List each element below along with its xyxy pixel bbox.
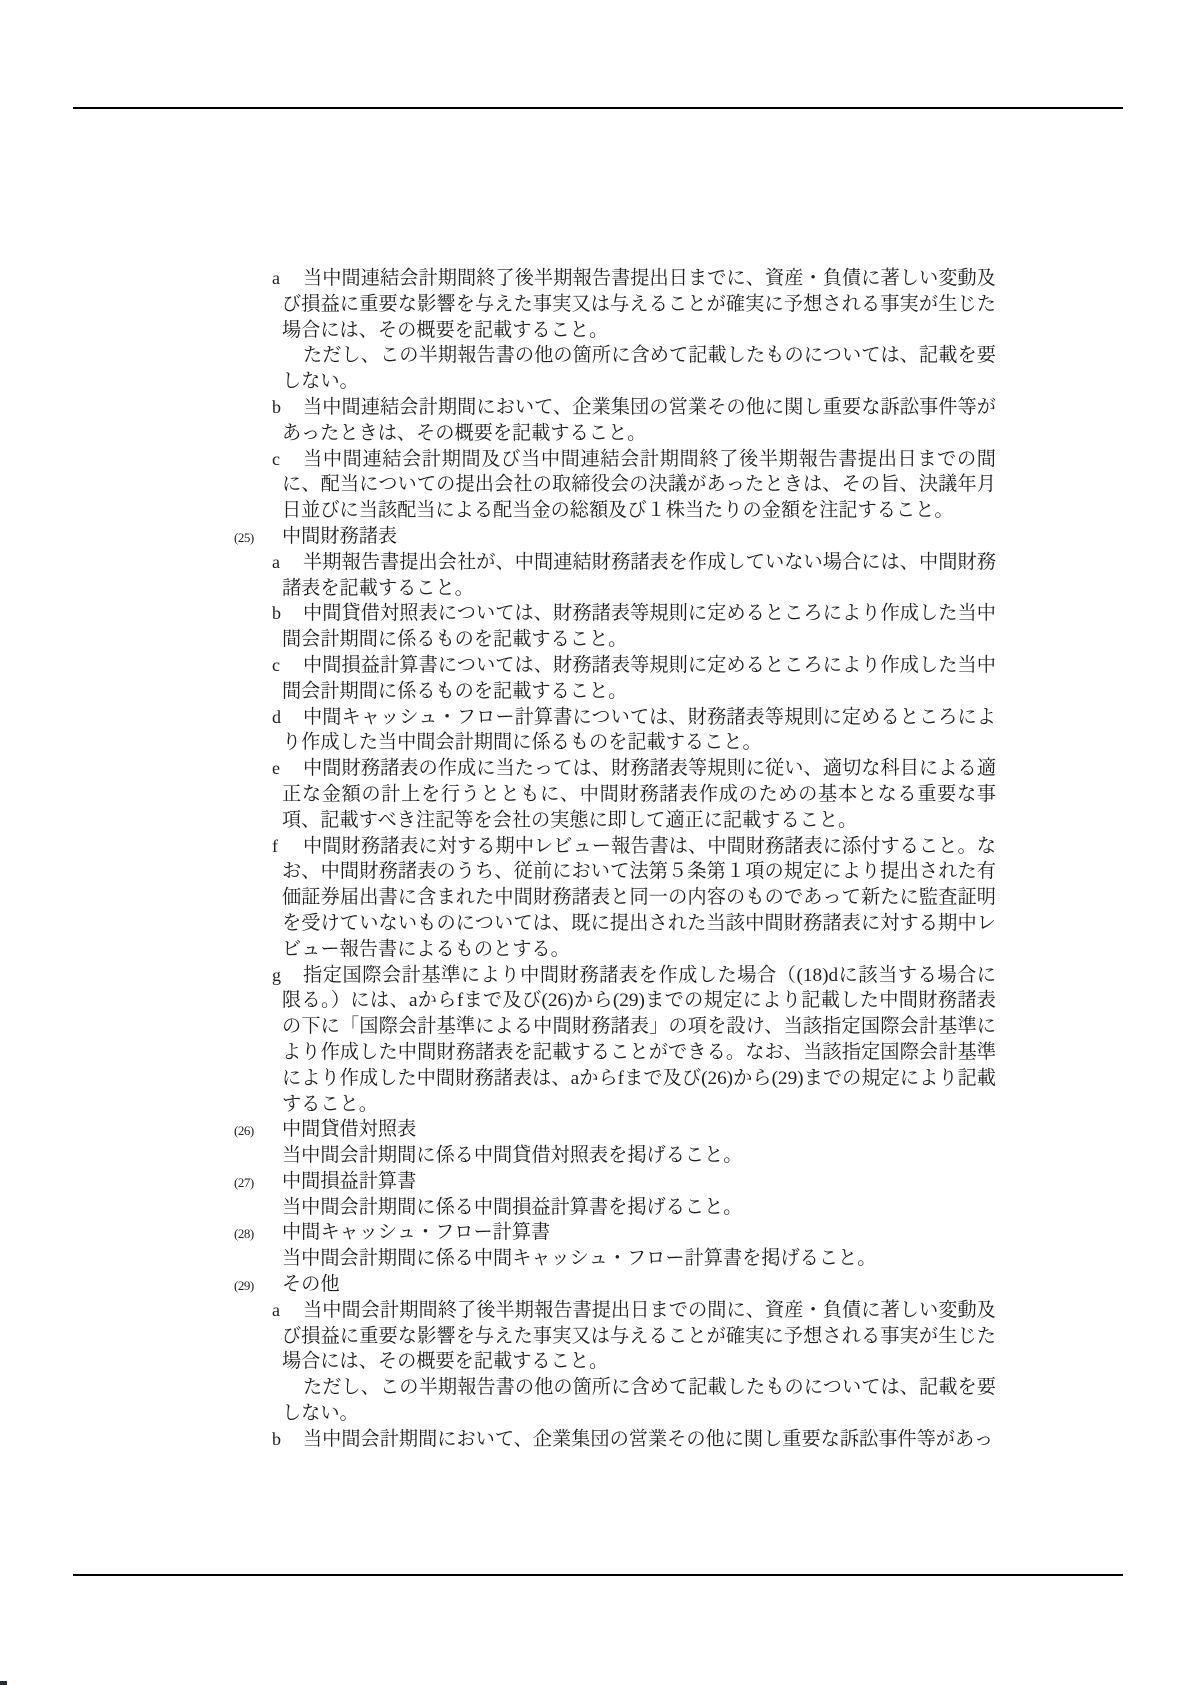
lettered-item: c中間損益計算書については、財務諸表等規則に定めるところにより作成した当中間会計…	[282, 653, 996, 705]
numbered-item-title: (25)中間財務諸表	[282, 524, 996, 550]
item-letter-marker: b	[272, 1427, 281, 1453]
item-text: 当中間会計期間に係る中間損益計算書を掲げること。	[282, 1197, 743, 1218]
item-letter-marker: a	[272, 550, 280, 576]
footer-rule	[73, 1574, 1123, 1576]
item-text: 当中間会計期間終了後半期報告書提出日までの間に、資産・負債に著しい変動及び損益に…	[282, 1300, 996, 1373]
header-rule	[73, 107, 1123, 109]
item-number-marker: (27)	[234, 1170, 254, 1196]
lettered-item: b中間貸借対照表については、財務諸表等規則に定めるところにより作成した当中間会計…	[282, 601, 996, 653]
item-text: 指定国際会計基準により中間財務諸表を作成した場合（(18)dに該当する場合に限る…	[282, 965, 996, 1115]
item-letter-marker: a	[272, 1298, 280, 1324]
numbered-item-title: (29)その他	[282, 1272, 996, 1298]
note-paragraph: ただし、この半期報告書の他の箇所に含めて記載したものについては、記載を要しない。	[282, 1375, 996, 1427]
body-paragraph: 当中間会計期間に係る中間貸借対照表を掲げること。	[282, 1143, 996, 1169]
regulation-text-block: a当中間連結会計期間終了後半期報告書提出日までに、資産・負債に著しい変動及び損益…	[282, 266, 996, 1453]
item-text: 当中間連結会計期間において、企業集団の営業その他に関し重要な訴訟事件等があったと…	[282, 397, 996, 444]
body-paragraph: 当中間会計期間に係る中間キャッシュ・フロー計算書を掲げること。	[282, 1246, 996, 1272]
lettered-item: f中間財務諸表に対する期中レビュー報告書は、中間財務諸表に添付すること。なお、中…	[282, 834, 996, 963]
item-text: その他	[282, 1274, 340, 1295]
item-text: 中間財務諸表に対する期中レビュー報告書は、中間財務諸表に添付すること。なお、中間…	[282, 836, 996, 960]
item-text: 当中間会計期間に係る中間貸借対照表を掲げること。	[282, 1145, 743, 1166]
lettered-item: e中間財務諸表の作成に当たっては、財務諸表等規則に従い、適切な科目による適正な金…	[282, 756, 996, 833]
item-letter-marker: f	[272, 834, 278, 860]
item-letter-marker: b	[272, 395, 281, 421]
lettered-item: b当中間連結会計期間において、企業集団の営業その他に関し重要な訴訟事件等があった…	[282, 395, 996, 447]
item-text: 中間貸借対照表	[282, 1119, 416, 1140]
note-paragraph: ただし、この半期報告書の他の箇所に含めて記載したものについては、記載を要しない。	[282, 343, 996, 395]
body-paragraph: 当中間会計期間に係る中間損益計算書を掲げること。	[282, 1195, 996, 1221]
item-text: 当中間連結会計期間及び当中間連結会計期間終了後半期報告書提出日までの間に、配当に…	[282, 449, 996, 522]
item-number-marker: (26)	[234, 1118, 254, 1144]
item-number-marker: (28)	[234, 1221, 254, 1247]
item-text: 中間損益計算書	[282, 1171, 416, 1192]
lettered-item: a半期報告書提出会社が、中間連結財務諸表を作成していない場合には、中間財務諸表を…	[282, 550, 996, 602]
item-letter-marker: d	[272, 705, 281, 731]
document-page: a当中間連結会計期間終了後半期報告書提出日までに、資産・負債に著しい変動及び損益…	[0, 0, 1192, 1685]
item-number-marker: (25)	[234, 525, 254, 551]
numbered-item-title: (26)中間貸借対照表	[282, 1117, 996, 1143]
item-text: ただし、この半期報告書の他の箇所に含めて記載したものについては、記載を要しない。	[282, 345, 996, 392]
lettered-item: c当中間連結会計期間及び当中間連結会計期間終了後半期報告書提出日までの間に、配当…	[282, 447, 996, 524]
item-letter-marker: c	[272, 447, 280, 473]
item-letter-marker: c	[272, 653, 280, 679]
item-text: 中間キャッシュ・フロー計算書については、財務諸表等規則に定めるところにより作成し…	[282, 707, 996, 754]
lettered-item: a当中間連結会計期間終了後半期報告書提出日までに、資産・負債に著しい変動及び損益…	[282, 266, 996, 343]
lettered-item: d中間キャッシュ・フロー計算書については、財務諸表等規則に定めるところにより作成…	[282, 705, 996, 757]
item-letter-marker: g	[272, 963, 281, 989]
item-text: ただし、この半期報告書の他の箇所に含めて記載したものについては、記載を要しない。	[282, 1377, 996, 1424]
lettered-item: b当中間会計期間において、企業集団の営業その他に関し重要な訴訟事件等があっ	[282, 1427, 996, 1453]
item-text: 中間財務諸表	[282, 526, 397, 547]
item-text: 中間損益計算書については、財務諸表等規則に定めるところにより作成した当中間会計期…	[282, 655, 996, 702]
item-letter-marker: a	[272, 266, 280, 292]
item-text: 当中間会計期間に係る中間キャッシュ・フロー計算書を掲げること。	[282, 1248, 876, 1269]
item-letter-marker: b	[272, 601, 281, 627]
lettered-item: a当中間会計期間終了後半期報告書提出日までの間に、資産・負債に著しい変動及び損益…	[282, 1298, 996, 1375]
item-text: 中間貸借対照表については、財務諸表等規則に定めるところにより作成した当中間会計期…	[282, 603, 996, 650]
item-number-marker: (29)	[234, 1273, 254, 1299]
item-text: 当中間会計期間において、企業集団の営業その他に関し重要な訴訟事件等があっ	[303, 1429, 993, 1450]
lettered-item: g指定国際会計基準により中間財務諸表を作成した場合（(18)dに該当する場合に限…	[282, 963, 996, 1118]
item-letter-marker: e	[272, 756, 280, 782]
item-text: 中間キャッシュ・フロー計算書	[282, 1222, 550, 1243]
item-text: 当中間連結会計期間終了後半期報告書提出日までに、資産・負債に著しい変動及び損益に…	[282, 268, 996, 341]
page-corner-artifact	[0, 1681, 7, 1685]
item-text: 中間財務諸表の作成に当たっては、財務諸表等規則に従い、適切な科目による適正な金額…	[282, 758, 996, 831]
numbered-item-title: (28)中間キャッシュ・フロー計算書	[282, 1220, 996, 1246]
numbered-item-title: (27)中間損益計算書	[282, 1169, 996, 1195]
item-text: 半期報告書提出会社が、中間連結財務諸表を作成していない場合には、中間財務諸表を記…	[282, 552, 996, 599]
